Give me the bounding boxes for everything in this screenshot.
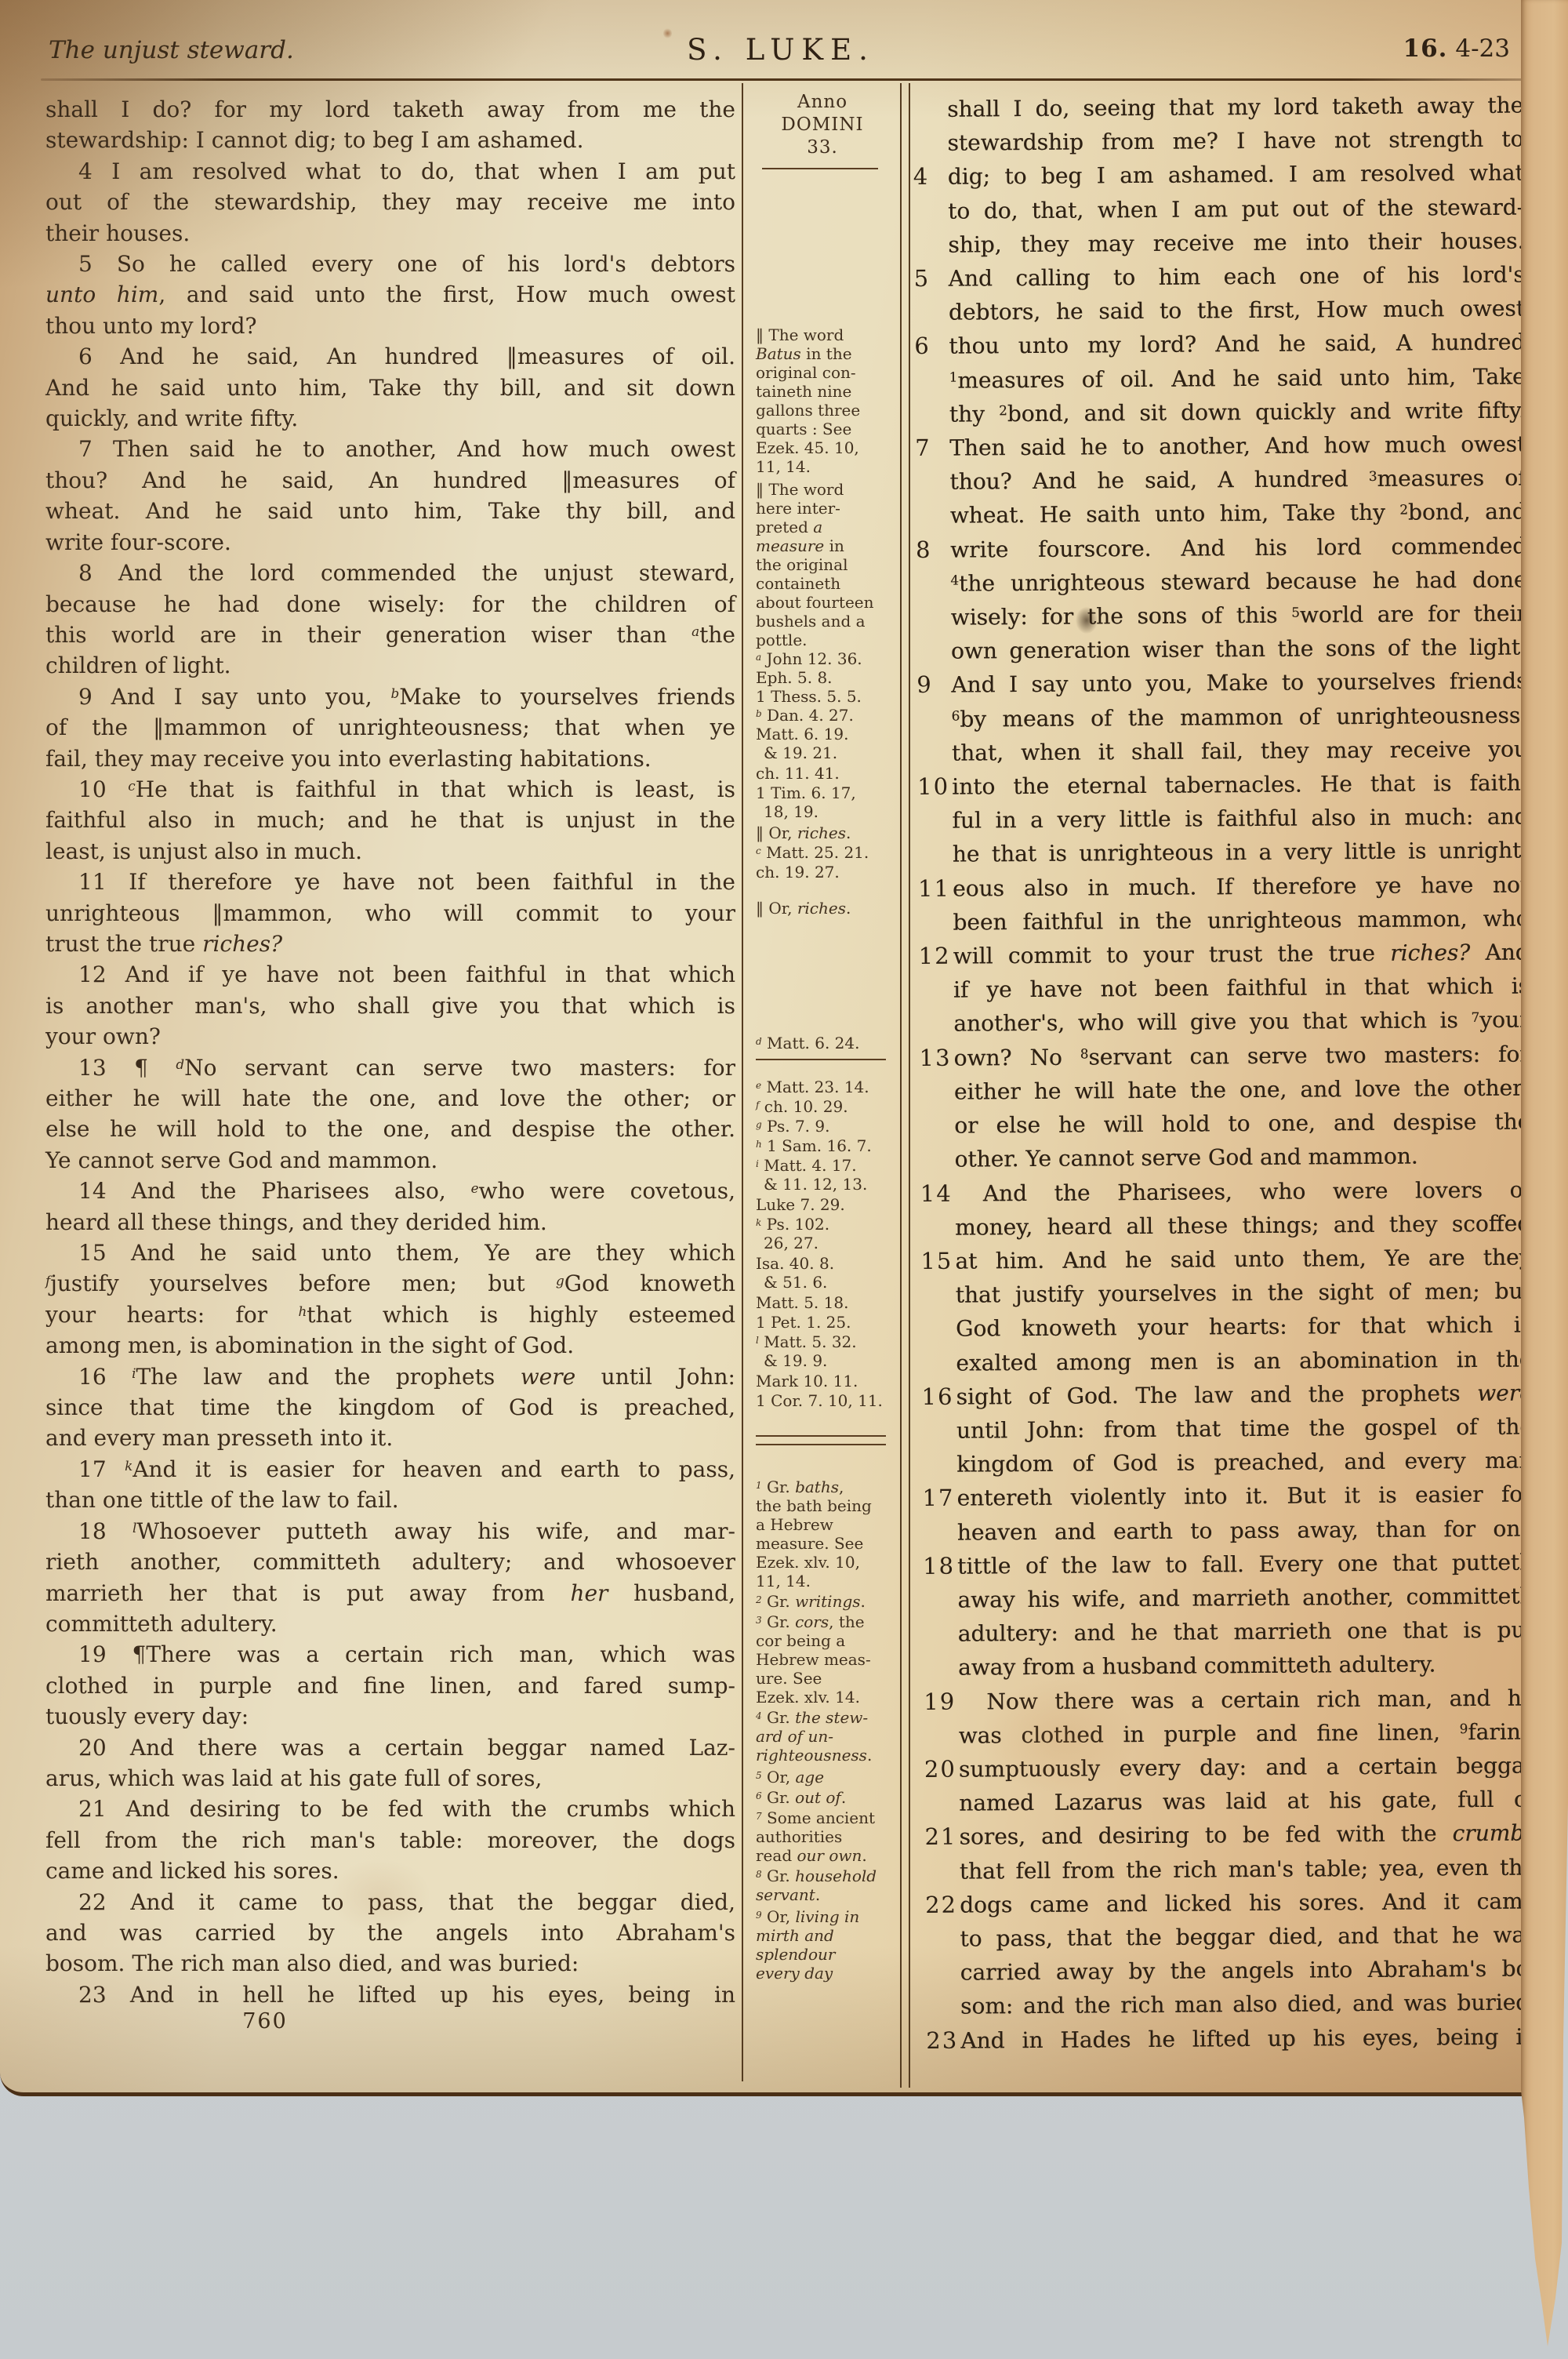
margin-note: 4 Gr. the stew- ard of un- righteousness… xyxy=(756,1708,889,1765)
verse-line: 19 ¶There was a certain rich man, which … xyxy=(45,1639,735,1670)
verse-number xyxy=(918,906,953,940)
verse-number xyxy=(913,93,947,127)
verse-line: and every man presseth into it. xyxy=(45,1423,735,1453)
verse-line: 5 And calling to him each one of his lor… xyxy=(914,258,1525,296)
verse-number: 6 xyxy=(914,329,949,364)
verse-line: among men, is abomination in the sight o… xyxy=(45,1330,735,1361)
anno-rule xyxy=(762,168,878,169)
verse-number xyxy=(919,1007,953,1041)
verse-text: to pass, that the beggar died, and that … xyxy=(960,1917,1536,1955)
verse-number xyxy=(922,1414,956,1448)
verse-line: 8 And the lord commended the unjust stew… xyxy=(45,558,735,588)
verse-line: committeth adultery. xyxy=(45,1608,735,1639)
verse-line: 12 And if ye have not been faithful in t… xyxy=(45,959,735,990)
verse-number xyxy=(916,601,951,635)
verse-number xyxy=(913,194,948,228)
margin-note: ch. 19. 27. xyxy=(756,863,889,881)
verse-line: thou? And he said, An hundred ‖measures … xyxy=(45,465,735,496)
verse-line: thy 2bond, and sit down quickly and writ… xyxy=(915,393,1526,431)
verse-number: 23 xyxy=(926,2023,960,2058)
verse-line: 11 If therefore ye have not been faithfu… xyxy=(45,867,735,897)
verse-text: eous also in much. If therefore ye have … xyxy=(953,867,1529,905)
verse-text: thou unto my lord? And he said, A hundre… xyxy=(949,325,1525,363)
verse-number: 14 xyxy=(920,1176,955,1211)
verse-line: 19 Now there was a certain rich man, and… xyxy=(924,1681,1534,1719)
verse-number xyxy=(921,1346,956,1380)
verse-line: 14 And the Pharisees, who were lovers of xyxy=(920,1172,1531,1211)
verse-line: bosom. The rich man also died, and was b… xyxy=(45,1948,735,1979)
verse-number xyxy=(924,1718,958,1753)
verse-text: Now there was a certain rich man, and he xyxy=(958,1681,1534,1718)
margin-note: Luke 7. 29. xyxy=(756,1195,889,1214)
verse-line: 20 And there was a certain beggar named … xyxy=(45,1732,735,1763)
verse-line: fail, they may receive you into everlast… xyxy=(45,743,735,774)
verse-line: wheat. He saith unto him, Take thy 2bond… xyxy=(916,495,1526,533)
verse-text: at him. And he said unto them, Ye are th… xyxy=(955,1240,1531,1278)
verse-text: som: and the rich man also died, and was… xyxy=(960,1986,1537,2023)
verse-line: 9 And I say unto you, Make to yourselves… xyxy=(916,664,1527,703)
verse-text: until John: from that time the gospel of… xyxy=(956,1409,1533,1447)
verse-line: 22 And it came to pass, that the beggar … xyxy=(45,1887,735,1917)
margin-note: l Matt. 5. 32. & 19. 9. xyxy=(756,1332,889,1370)
verse-text: another's, who will give you that which … xyxy=(953,1003,1530,1041)
verse-text: And the Pharisees, who were lovers of xyxy=(955,1172,1531,1210)
verse-line: because he had done wisely: for the chil… xyxy=(45,589,735,620)
verse-text: away from a husband committeth adultery. xyxy=(958,1647,1534,1685)
verse-line: faithful also in much; and he that is un… xyxy=(45,805,735,835)
kjv-text-column: shall I do? for my lord taketh away from… xyxy=(45,94,735,2010)
verse-line: 12 will commit to your trust the true ri… xyxy=(919,936,1530,974)
verse-text: named Lazarus was laid at his gate, full… xyxy=(959,1783,1535,1820)
verse-number xyxy=(918,838,953,872)
verse-line: heaven and earth to pass away, than for … xyxy=(923,1511,1534,1550)
verse-line: thou? And he said, A hundred 3measures o… xyxy=(915,461,1526,500)
verse-number: 13 xyxy=(919,1041,953,1075)
verse-line: wheat. And he said unto him, Take thy bi… xyxy=(45,496,735,526)
verse-text: that justify yourselves in the sight of … xyxy=(956,1274,1532,1312)
verse-line: 1measures of oil. And he said unto him, … xyxy=(914,359,1525,398)
verse-line: shall I do, seeing that my lord taketh a… xyxy=(913,89,1523,127)
verse-line: 18 lWhosoever putteth away his wife, and… xyxy=(45,1516,735,1547)
chapter-verse-reference: 16. 4-23 xyxy=(1403,35,1510,63)
verse-line: 5 So he called every one of his lord's d… xyxy=(45,249,735,279)
margin-note: 1 Pet. 1. 25. xyxy=(756,1313,889,1332)
verse-line: of the ‖mammon of unrighteousness; that … xyxy=(45,712,735,743)
verse-line: 4 dig; to beg I am ashamed. I am resolve… xyxy=(913,156,1524,194)
verse-line: wisely: for the sons of this 5world are … xyxy=(916,597,1527,635)
verse-number xyxy=(920,1210,955,1245)
verse-text: carried away by the angels into Abraham'… xyxy=(960,1952,1537,1990)
verse-number: 21 xyxy=(924,1820,959,1855)
verse-line: fell from the rich man's table: moreover… xyxy=(45,1825,735,1856)
verse-number: 12 xyxy=(919,940,953,974)
verse-line: 9 And I say unto you, bMake to yourselve… xyxy=(45,682,735,712)
margin-note: ch. 11. 41. xyxy=(756,764,889,783)
verse-line: 23 And in Hades he lifted up his eyes, b… xyxy=(926,2019,1537,2058)
verse-line: this world are in their generation wiser… xyxy=(45,620,735,650)
verse-number: 18 xyxy=(923,1549,957,1583)
margin-note: Isa. 40. 8. & 51. 6. xyxy=(756,1254,889,1292)
verse-text: stewardship from me? I have not strength… xyxy=(947,122,1523,160)
verse-line: than one tittle of the law to fail. xyxy=(45,1485,735,1515)
verse-line: 17 kAnd it is easier for heaven and eart… xyxy=(45,1454,735,1485)
verse-line: either he will hate the one, and love th… xyxy=(45,1083,735,1114)
verse-line: since that time the kingdom of God is pr… xyxy=(45,1392,735,1423)
verse-line: 15 And he said unto them, Ye are they wh… xyxy=(45,1238,735,1268)
margin-note: 9 Or, living in mirth and splendour ever… xyxy=(756,1907,889,1983)
verse-text: either he will hate the one, and love th… xyxy=(954,1070,1530,1108)
verse-line: came and licked his sores. xyxy=(45,1856,735,1886)
margin-notes-column: Anno DOMINI 33. ‖ The word Batus in the … xyxy=(751,0,894,2092)
verse-number xyxy=(914,363,949,398)
verse-line: adultery: and he that marrieth one that … xyxy=(924,1613,1534,1652)
verse-line: their houses. xyxy=(45,218,735,249)
verse-number xyxy=(920,1109,954,1143)
verse-text: own generation wiser than the sons of th… xyxy=(951,631,1527,668)
margin-note: b Dan. 4. 27. Matt. 6. 19. & 19. 21. xyxy=(756,706,889,762)
verse-line: shall I do? for my lord taketh away from… xyxy=(45,94,735,125)
margin-note: 7 Some ancient authorities read our own. xyxy=(756,1808,889,1865)
verse-line: 4the unrighteous steward because he had … xyxy=(916,562,1526,601)
verse-number xyxy=(913,228,948,263)
verse-text: that fell from the rich man's table; yea… xyxy=(960,1850,1536,1888)
verse-text: been faithful in the unrighteous mammon,… xyxy=(953,901,1529,939)
verse-line: 13 ¶ dNo servant can serve two masters: … xyxy=(45,1052,735,1083)
verse-number xyxy=(923,1515,957,1550)
verse-number: 17 xyxy=(922,1481,956,1516)
verse-text: own? No 8servant can serve two masters: … xyxy=(953,1037,1530,1074)
verse-line: debtors, he said to the first, How much … xyxy=(914,292,1525,330)
verse-line: 23 And in hell he lifted up his eyes, be… xyxy=(45,1979,735,2010)
verse-number: 15 xyxy=(920,1245,955,1279)
verse-number: 9 xyxy=(916,668,951,703)
verse-text: write fourscore. And his lord commended xyxy=(950,529,1526,566)
verse-number: 7 xyxy=(915,431,949,466)
verse-text: will commit to your trust the true riche… xyxy=(953,936,1530,973)
verse-line: your own? xyxy=(45,1021,735,1052)
verse-line: som: and the rich man also died, and was… xyxy=(926,1986,1537,2024)
verse-number xyxy=(924,1651,958,1685)
verse-line: until John: from that time the gospel of… xyxy=(922,1409,1533,1448)
verse-range: 4-23 xyxy=(1455,35,1510,63)
margin-note: k Ps. 102. 26, 27. xyxy=(756,1215,889,1252)
verse-text: 6by means of the mammon of unrighteousne… xyxy=(951,698,1527,736)
verse-number xyxy=(925,1922,960,1957)
verse-line: and was carried by the angels into Abrah… xyxy=(45,1917,735,1948)
verse-line: 11 eous also in much. If therefore ye ha… xyxy=(918,867,1529,906)
margin-note: 1 Cor. 7. 10, 11. xyxy=(756,1391,889,1410)
margin-note: Matt. 5. 18. xyxy=(756,1293,889,1312)
verse-number xyxy=(924,1617,958,1652)
verse-number xyxy=(922,1448,956,1482)
verse-line: 7 Then said he to another, And how much … xyxy=(45,434,735,464)
margin-note: a John 12. 36. Eph. 5. 8. 1 Thess. 5. 5. xyxy=(756,649,889,706)
verse-line: 21 sores, and desiring to be fed with th… xyxy=(924,1816,1535,1855)
verse-line: 16 sight of God. The law and the prophet… xyxy=(921,1376,1532,1414)
verse-line: 17 entereth violently into it. But it is… xyxy=(922,1478,1533,1516)
verse-line: marrieth her that is put away from her h… xyxy=(45,1578,735,1608)
verse-text: to do, that, when I am put out of the st… xyxy=(948,190,1524,227)
verse-line: he that is unrighteous in a very little … xyxy=(918,834,1529,872)
verse-number xyxy=(915,465,949,500)
verse-text: adultery: and he that marrieth one that … xyxy=(958,1613,1534,1651)
verse-line: arus, which was laid at his gate full of… xyxy=(45,1763,735,1794)
verse-line: 6 thou unto my lord? And he said, A hund… xyxy=(914,325,1525,364)
margin-note: 6 Gr. out of. xyxy=(756,1788,889,1807)
verse-text: ship, they may receive me into their hou… xyxy=(948,224,1524,261)
margin-note: 1 Gr. baths, the bath being a Hebrew mea… xyxy=(756,1478,889,1590)
verse-line: stewardship: I cannot dig; to beg I am a… xyxy=(45,125,735,155)
verse-line: 10 cHe that is faithful in that which is… xyxy=(45,774,735,805)
verse-text: God knoweth your hearts: for that which … xyxy=(956,1308,1532,1346)
verse-number: 11 xyxy=(918,871,953,906)
verse-line: fjustify yourselves before men; but gGod… xyxy=(45,1268,735,1299)
verse-text: he that is unrighteous in a very little … xyxy=(953,834,1529,871)
verse-line: 13 own? No 8servant can serve two master… xyxy=(919,1037,1530,1075)
verse-number xyxy=(921,1312,956,1347)
rv-text-column: shall I do, seeing that my lord taketh a… xyxy=(913,89,1537,2058)
verse-text: debtors, he said to the first, How much … xyxy=(949,292,1525,329)
verse-line: rieth another, committeth adultery; and … xyxy=(45,1547,735,1577)
verse-line: was clothed in purple and fine linen, 9f… xyxy=(924,1714,1534,1753)
verse-line: either he will hate the one, and love th… xyxy=(920,1070,1530,1109)
verse-number: 16 xyxy=(921,1379,956,1414)
verse-line: thou unto my lord? xyxy=(45,311,735,341)
verse-number xyxy=(916,567,950,602)
verse-text: wheat. He saith unto him, Take thy 2bond… xyxy=(950,495,1526,533)
verse-line: kingdom of God is preached, and every ma… xyxy=(922,1444,1533,1482)
verse-text: money, heard all these things; and they … xyxy=(955,1206,1531,1244)
verse-line: if ye have not been faithful in that whi… xyxy=(919,969,1530,1008)
verse-number xyxy=(920,1075,954,1110)
verse-text: sight of God. The law and the prophets w… xyxy=(956,1376,1532,1413)
verse-line: 16 iThe law and the prophets were until … xyxy=(45,1361,735,1392)
verse-line: 8 write fourscore. And his lord commende… xyxy=(916,529,1526,567)
verse-number xyxy=(920,1143,954,1177)
verse-line: 6by means of the mammon of unrighteousne… xyxy=(916,698,1527,736)
verse-line: 15 at him. And he said unto them, Ye are… xyxy=(920,1240,1531,1278)
verse-text: kingdom of God is preached, and every ma… xyxy=(956,1444,1533,1481)
verse-line: to pass, that the beggar died, and that … xyxy=(925,1917,1536,1956)
margin-note: ‖ The word Batus in the original con- ta… xyxy=(756,325,889,476)
verse-text: And calling to him each one of his lord'… xyxy=(949,258,1525,296)
verse-line: other. Ye cannot serve God and mammon. xyxy=(920,1139,1530,1177)
verse-line: been faithful in the unrighteous mammon,… xyxy=(918,901,1529,940)
verse-text: into the eternal tabernacles. He that is… xyxy=(952,766,1528,804)
verse-number xyxy=(913,126,947,161)
verse-line: carried away by the angels into Abraham'… xyxy=(926,1952,1537,1990)
verse-number xyxy=(923,1583,957,1618)
verse-line: exalted among men is an abomination in t… xyxy=(921,1342,1532,1380)
anno-domini-label: Anno DOMINI 33. xyxy=(751,91,894,159)
book-page: The unjust steward. S. LUKE. 16. 4-23 sh… xyxy=(0,0,1562,2096)
verse-line: your hearts: for hthat which is highly e… xyxy=(45,1299,735,1330)
column-rule-left xyxy=(742,83,743,2081)
verse-number xyxy=(924,1787,959,1821)
scanned-bible-page: { "header": { "running_title": "The unju… xyxy=(0,0,1568,2359)
verse-line: away his wife, and marrieth another, com… xyxy=(923,1579,1534,1617)
verse-line: clothed in purple and fine linen, and fa… xyxy=(45,1670,735,1701)
verse-number xyxy=(926,1990,960,2024)
verse-number: 22 xyxy=(925,1888,960,1922)
verse-line: to do, that, when I am put out of the st… xyxy=(913,190,1524,228)
verse-text: dig; to beg I am ashamed. I am resolved … xyxy=(948,156,1524,194)
page-number: 760 xyxy=(202,2009,328,2034)
verse-line: another's, who will give you that which … xyxy=(919,1003,1530,1041)
verse-text: thy 2bond, and sit down quickly and writ… xyxy=(949,393,1526,431)
margin-note: Mark 10. 11. xyxy=(756,1372,889,1390)
verse-line: least, is unjust also in much. xyxy=(45,836,735,867)
margin-note: 3 Gr. cors, the cor being a Hebrew meas-… xyxy=(756,1612,889,1707)
verse-line: trust the true riches? xyxy=(45,929,735,959)
verse-text: away his wife, and marrieth another, com… xyxy=(957,1579,1534,1616)
verse-number xyxy=(917,804,952,838)
chapter-number: 16. xyxy=(1403,35,1448,63)
verse-number xyxy=(916,702,951,736)
verse-number xyxy=(915,398,949,432)
verse-number: 10 xyxy=(917,770,952,805)
margin-note: 1 Tim. 6. 17, 18, 19. xyxy=(756,783,889,821)
margin-note: h 1 Sam. 16. 7. xyxy=(756,1136,889,1155)
verse-number xyxy=(926,1956,960,1990)
margin-note: i Matt. 4. 17. & 11. 12, 13. xyxy=(756,1156,889,1194)
verse-text: exalted among men is an abomination in t… xyxy=(956,1342,1532,1379)
verse-number xyxy=(921,1278,956,1313)
verse-line: that, when it shall fail, they may recei… xyxy=(917,732,1528,770)
verse-text: And I say unto you, Make to yourselves f… xyxy=(951,664,1527,702)
verse-line: that fell from the rich man's table; yea… xyxy=(925,1850,1536,1888)
verse-text: ful in a very little is faithful also in… xyxy=(952,800,1528,838)
verse-text: shall I do, seeing that my lord taketh a… xyxy=(947,89,1523,126)
verse-line: out of the stewardship, they may receive… xyxy=(45,187,735,217)
verse-line: And he said unto him, Take thy bill, and… xyxy=(45,373,735,403)
verse-line: 18 tittle of the law to fall. Every one … xyxy=(923,1545,1534,1583)
verse-number xyxy=(914,296,949,330)
verse-line: 14 And the Pharisees also, ewho were cov… xyxy=(45,1176,735,1206)
verse-line: unrighteous ‖mammon, who will commit to … xyxy=(45,898,735,929)
verse-line: God knoweth your hearts: for that which … xyxy=(921,1308,1532,1347)
verse-text: that, when it shall fail, they may recei… xyxy=(952,732,1528,769)
verse-line: 22 dogs came and licked his sores. And i… xyxy=(925,1884,1536,1922)
verse-line: 6 And he said, An hundred ‖measures of o… xyxy=(45,341,735,372)
verse-text: heaven and earth to pass away, than for … xyxy=(957,1511,1534,1549)
verse-line: named Lazarus was laid at his gate, full… xyxy=(924,1783,1535,1821)
verse-line: ship, they may receive me into their hou… xyxy=(913,224,1524,262)
margin-note xyxy=(756,1059,886,1060)
verse-line: 10 into the eternal tabernacles. He that… xyxy=(917,766,1528,805)
verse-line: 7 Then said he to another, And how much … xyxy=(915,427,1526,466)
verse-line: ful in a very little is faithful also in… xyxy=(917,800,1528,838)
margin-note xyxy=(756,1435,886,1445)
margin-note: g Ps. 7. 9. xyxy=(756,1117,889,1136)
torn-page-edge xyxy=(1521,0,1568,2350)
verse-text: if ye have not been faithful in that whi… xyxy=(953,969,1530,1007)
verse-number: 19 xyxy=(924,1685,958,1719)
verse-text: dogs came and licked his sores. And it c… xyxy=(960,1884,1536,1921)
verse-line: money, heard all these things; and they … xyxy=(920,1206,1531,1245)
verse-line: 21 And desiring to be fed with the crumb… xyxy=(45,1794,735,1824)
verse-text: 4the unrighteous steward because he had … xyxy=(950,562,1526,600)
verse-number xyxy=(916,499,950,533)
verse-text: Then said he to another, And how much ow… xyxy=(949,427,1526,465)
margin-note: 5 Or, age xyxy=(756,1768,889,1787)
margin-note: ‖ Or, riches. xyxy=(756,823,889,842)
verse-line: heard all these things, and they derided… xyxy=(45,1207,735,1238)
verse-line: quickly, and write fifty. xyxy=(45,403,735,434)
margin-note: 2 Gr. writings. xyxy=(756,1592,889,1611)
verse-text: thou? And he said, A hundred 3measures o… xyxy=(949,461,1526,499)
verse-number: 4 xyxy=(913,160,948,194)
verse-number: 8 xyxy=(916,533,950,567)
verse-line: 20 sumptuously every day: and a certain … xyxy=(924,1748,1535,1787)
margin-note: ‖ Or, riches. xyxy=(756,899,889,918)
verse-text: And in Hades he lifted up his eyes, bein… xyxy=(960,2019,1537,2057)
column-rule-right xyxy=(900,83,910,2088)
verse-text: sumptuously every day: and a certain beg… xyxy=(959,1748,1535,1786)
verse-line: is another man's, who shall give you tha… xyxy=(45,990,735,1021)
verse-line: that justify yourselves in the sight of … xyxy=(921,1274,1532,1313)
verse-line: 4 I am resolved what to do, that when I … xyxy=(45,156,735,187)
verse-line: unto him, and said unto the first, How m… xyxy=(45,279,735,310)
verse-number xyxy=(919,973,953,1008)
verse-line: or else he will hold to one, and despise… xyxy=(920,1105,1530,1143)
verse-line: own generation wiser than the sons of th… xyxy=(916,631,1527,669)
verse-number xyxy=(925,1854,960,1888)
verse-line: else he will hold to the one, and despis… xyxy=(45,1114,735,1144)
verse-number xyxy=(916,634,951,669)
margin-note: 8 Gr. household servant. xyxy=(756,1866,889,1904)
verse-line: write four-score. xyxy=(45,527,735,558)
verse-text: tittle of the law to fall. Every one tha… xyxy=(957,1545,1534,1583)
verse-line: children of light. xyxy=(45,650,735,681)
verse-line: away from a husband committeth adultery. xyxy=(924,1647,1534,1685)
verse-text: or else he will hold to one, and despise… xyxy=(954,1105,1530,1143)
verse-number: 5 xyxy=(914,262,949,296)
verse-number xyxy=(917,736,952,771)
verse-number: 20 xyxy=(924,1753,959,1787)
margin-note: d Matt. 6. 24. xyxy=(756,1034,889,1052)
verse-line: tuously every day: xyxy=(45,1701,735,1732)
verse-line: Ye cannot serve God and mammon. xyxy=(45,1145,735,1176)
margin-note: e Matt. 23. 14. xyxy=(756,1078,889,1096)
verse-text: 1measures of oil. And he said unto him, … xyxy=(949,359,1525,397)
verse-text: sores, and desiring to be fed with the c… xyxy=(959,1816,1535,1854)
verse-line: stewardship from me? I have not strength… xyxy=(913,122,1523,161)
verse-text: entereth violently into it. But it is ea… xyxy=(956,1478,1533,1515)
verse-text: was clothed in purple and fine linen, 9f… xyxy=(958,1714,1534,1752)
margin-note: ‖ The word here inter- preted a measure … xyxy=(756,480,889,649)
margin-note: c Matt. 25. 21. xyxy=(756,843,889,862)
verse-text: wisely: for the sons of this 5world are … xyxy=(951,597,1527,634)
margin-note: f ch. 10. 29. xyxy=(756,1097,889,1116)
verse-text: other. Ye cannot serve God and mammon. xyxy=(954,1139,1530,1176)
